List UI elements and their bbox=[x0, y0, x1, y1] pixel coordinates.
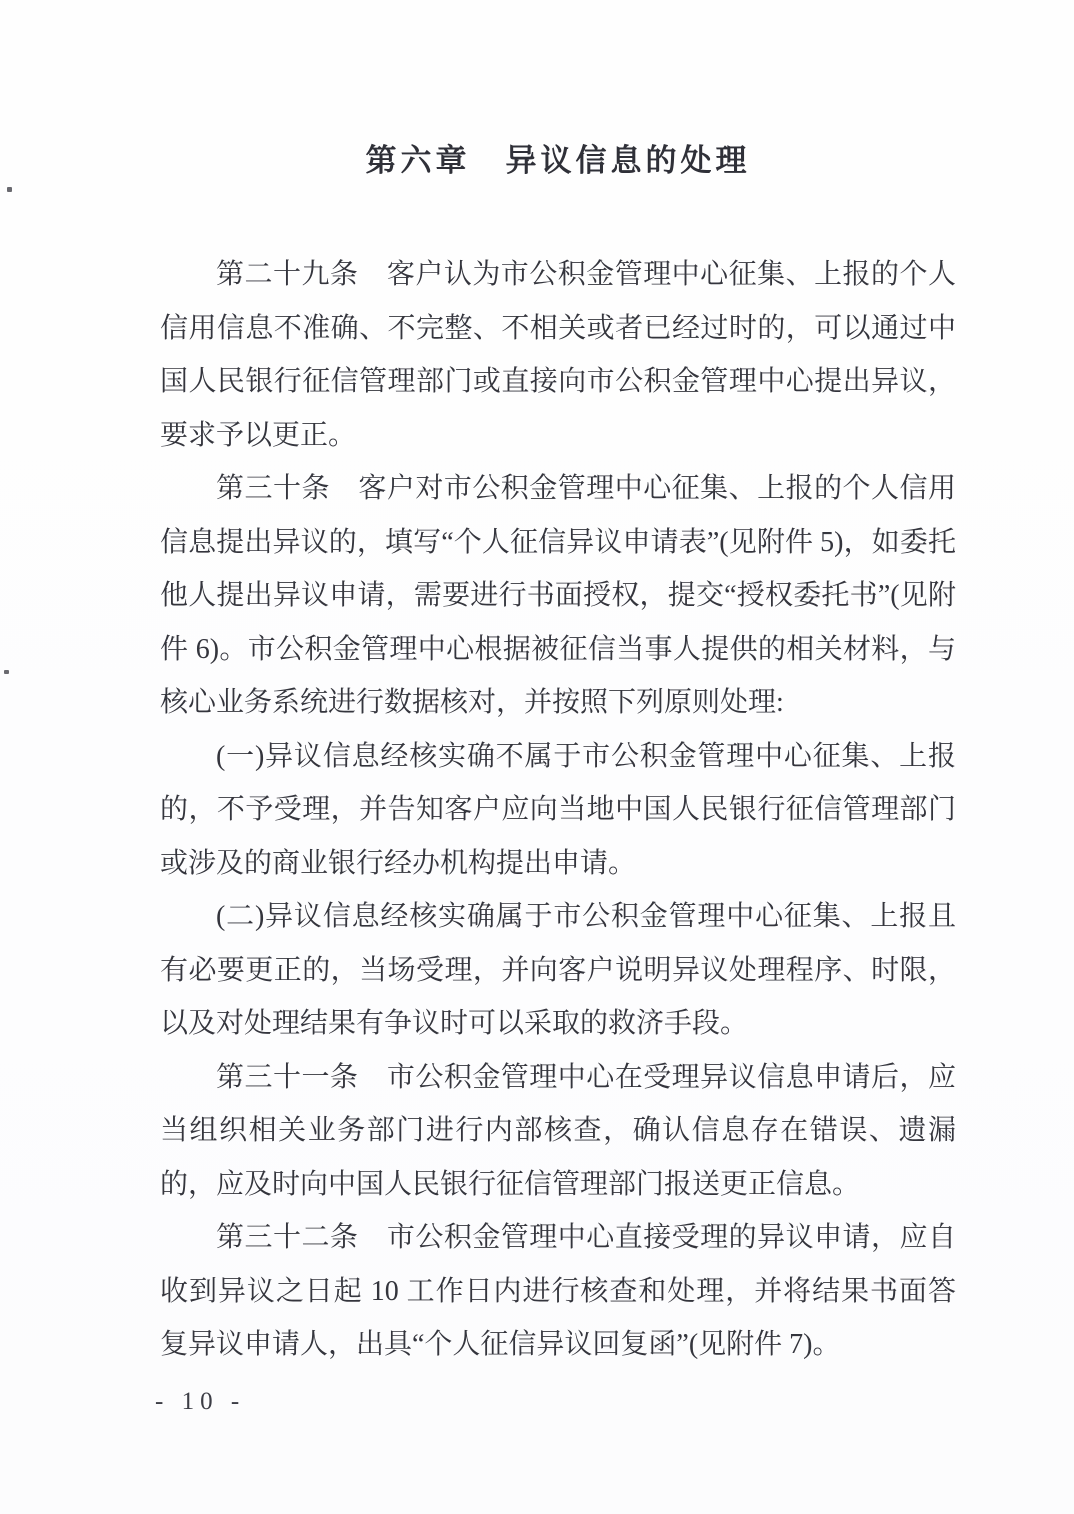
paragraph-article-30: 第三十条 客户对市公积金管理中心征集、上报的个人信用信息提出异议的，填写“个人征… bbox=[160, 462, 956, 730]
paragraph-article-32: 第三十二条 市公积金管理中心直接受理的异议申请，应自收到异议之日起 10 工作日… bbox=[160, 1211, 956, 1372]
scanned-document-page: 第六章 异议信息的处理 第二十九条 客户认为市公积金管理中心征集、上报的个人信用… bbox=[0, 0, 1074, 1514]
paragraph-item-1: (一)异议信息经核实确不属于市公积金管理中心征集、上报的，不予受理，并告知客户应… bbox=[160, 730, 956, 891]
paragraph-item-2: (二)异议信息经核实确属于市公积金管理中心征集、上报且有必要更正的，当场受理，并… bbox=[160, 890, 956, 1051]
paragraph-article-29: 第二十九条 客户认为市公积金管理中心征集、上报的个人信用信息不准确、不完整、不相… bbox=[160, 248, 956, 462]
document-content: 第六章 异议信息的处理 第二十九条 客户认为市公积金管理中心征集、上报的个人信用… bbox=[160, 138, 956, 1372]
chapter-title: 第六章 异议信息的处理 bbox=[160, 138, 956, 184]
paragraph-article-31: 第三十一条 市公积金管理中心在受理异议信息申请后，应当组织相关业务部门进行内部核… bbox=[160, 1051, 956, 1212]
body-text: 第二十九条 客户认为市公积金管理中心征集、上报的个人信用信息不准确、不完整、不相… bbox=[160, 248, 956, 1372]
page-number: - 10 - bbox=[155, 1388, 245, 1416]
scan-artifact-dot bbox=[4, 670, 9, 674]
scan-artifact-dot bbox=[7, 187, 12, 192]
